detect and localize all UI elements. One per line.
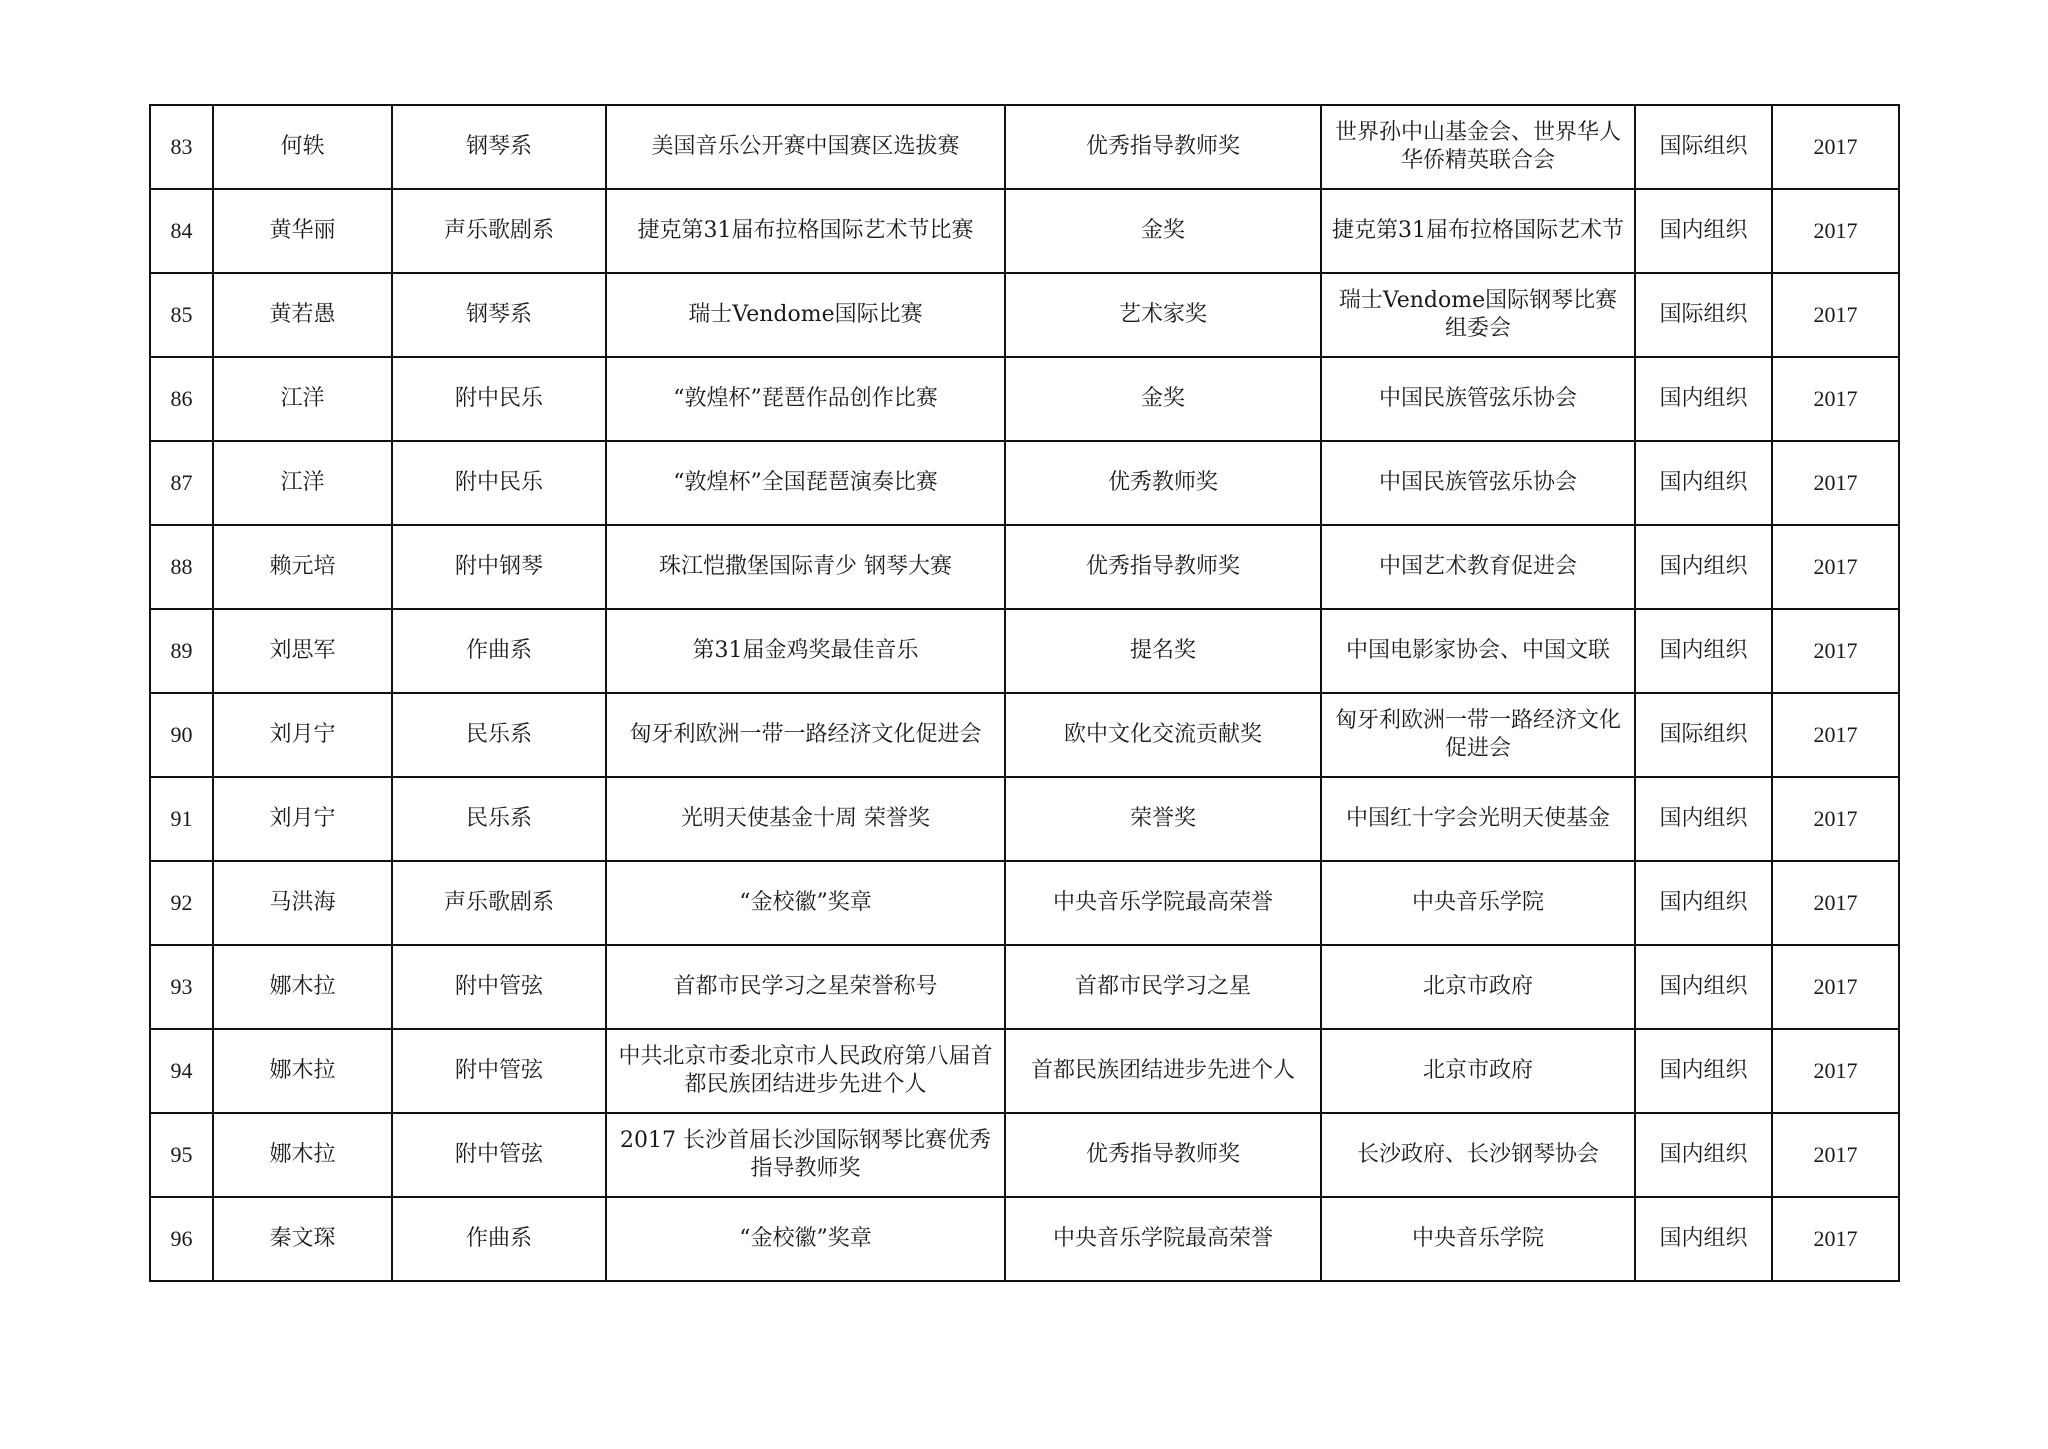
department-cell: 声乐歌剧系 xyxy=(392,861,606,945)
organization-type-cell: 国内组织 xyxy=(1635,357,1772,441)
table-row: 85黄若愚钢琴系瑞士Vendome国际比赛艺术家奖瑞士Vendome国际钢琴比赛… xyxy=(150,273,1899,357)
award-cell: 首都市民学习之星 xyxy=(1005,945,1321,1029)
organization-cell: 中国红十字会光明天使基金 xyxy=(1321,777,1635,861)
award-cell: 中央音乐学院最高荣誉 xyxy=(1005,861,1321,945)
name-cell: 娜木拉 xyxy=(213,1029,392,1113)
year-cell: 2017 xyxy=(1772,273,1899,357)
table-row: 90刘月宁民乐系匈牙利欧洲一带一路经济文化促进会欧中文化交流贡献奖匈牙利欧洲一带… xyxy=(150,693,1899,777)
organization-type-cell: 国内组织 xyxy=(1635,525,1772,609)
document-page: 83何轶钢琴系美国音乐公开赛中国赛区选拔赛优秀指导教师奖世界孙中山基金会、世界华… xyxy=(0,0,2048,1449)
award-cell: 优秀教师奖 xyxy=(1005,441,1321,525)
organization-type-cell: 国际组织 xyxy=(1635,105,1772,189)
organization-cell: 中国艺术教育促进会 xyxy=(1321,525,1635,609)
name-cell: 刘月宁 xyxy=(213,693,392,777)
name-cell: 刘思军 xyxy=(213,609,392,693)
year-cell: 2017 xyxy=(1772,441,1899,525)
organization-type-cell: 国内组织 xyxy=(1635,1113,1772,1197)
name-cell: 娜木拉 xyxy=(213,945,392,1029)
award-cell: 欧中文化交流贡献奖 xyxy=(1005,693,1321,777)
department-cell: 钢琴系 xyxy=(392,105,606,189)
row-number-cell: 88 xyxy=(150,525,213,609)
department-cell: 附中管弦 xyxy=(392,1113,606,1197)
department-cell: 附中民乐 xyxy=(392,357,606,441)
year-cell: 2017 xyxy=(1772,1113,1899,1197)
table-row: 96秦文琛作曲系“金校徽”奖章中央音乐学院最高荣誉中央音乐学院国内组织2017 xyxy=(150,1197,1899,1281)
name-cell: 秦文琛 xyxy=(213,1197,392,1281)
award-cell: 优秀指导教师奖 xyxy=(1005,1113,1321,1197)
award-cell: 中央音乐学院最高荣誉 xyxy=(1005,1197,1321,1281)
row-number-cell: 96 xyxy=(150,1197,213,1281)
event-cell: 珠江恺撒堡国际青少 钢琴大赛 xyxy=(606,525,1005,609)
year-cell: 2017 xyxy=(1772,105,1899,189)
table-row: 91刘月宁民乐系光明天使基金十周 荣誉奖荣誉奖中国红十字会光明天使基金国内组织2… xyxy=(150,777,1899,861)
year-cell: 2017 xyxy=(1772,189,1899,273)
name-cell: 赖元培 xyxy=(213,525,392,609)
organization-cell: 瑞士Vendome国际钢琴比赛组委会 xyxy=(1321,273,1635,357)
row-number-cell: 84 xyxy=(150,189,213,273)
table-row: 89刘思军作曲系第31届金鸡奖最佳音乐提名奖中国电影家协会、中国文联国内组织20… xyxy=(150,609,1899,693)
department-cell: 民乐系 xyxy=(392,777,606,861)
awards-table: 83何轶钢琴系美国音乐公开赛中国赛区选拔赛优秀指导教师奖世界孙中山基金会、世界华… xyxy=(149,104,1900,1282)
event-cell: “金校徽”奖章 xyxy=(606,1197,1005,1281)
name-cell: 娜木拉 xyxy=(213,1113,392,1197)
year-cell: 2017 xyxy=(1772,609,1899,693)
department-cell: 民乐系 xyxy=(392,693,606,777)
name-cell: 何轶 xyxy=(213,105,392,189)
award-cell: 荣誉奖 xyxy=(1005,777,1321,861)
event-cell: 2017 长沙首届长沙国际钢琴比赛优秀指导教师奖 xyxy=(606,1113,1005,1197)
award-cell: 提名奖 xyxy=(1005,609,1321,693)
row-number-cell: 95 xyxy=(150,1113,213,1197)
event-cell: “敦煌杯”全国琵琶演奏比赛 xyxy=(606,441,1005,525)
event-cell: 捷克第31届布拉格国际艺术节比赛 xyxy=(606,189,1005,273)
name-cell: 黄华丽 xyxy=(213,189,392,273)
department-cell: 作曲系 xyxy=(392,609,606,693)
department-cell: 声乐歌剧系 xyxy=(392,189,606,273)
name-cell: 刘月宁 xyxy=(213,777,392,861)
award-cell: 金奖 xyxy=(1005,189,1321,273)
event-cell: 光明天使基金十周 荣誉奖 xyxy=(606,777,1005,861)
table-row: 93娜木拉附中管弦首都市民学习之星荣誉称号首都市民学习之星北京市政府国内组织20… xyxy=(150,945,1899,1029)
award-cell: 优秀指导教师奖 xyxy=(1005,525,1321,609)
award-cell: 艺术家奖 xyxy=(1005,273,1321,357)
organization-cell: 中国电影家协会、中国文联 xyxy=(1321,609,1635,693)
department-cell: 附中管弦 xyxy=(392,945,606,1029)
table-row: 94娜木拉附中管弦中共北京市委北京市人民政府第八届首都民族团结进步先进个人首都民… xyxy=(150,1029,1899,1113)
event-cell: 中共北京市委北京市人民政府第八届首都民族团结进步先进个人 xyxy=(606,1029,1005,1113)
organization-type-cell: 国内组织 xyxy=(1635,609,1772,693)
row-number-cell: 86 xyxy=(150,357,213,441)
name-cell: 黄若愚 xyxy=(213,273,392,357)
table-row: 87江洋附中民乐“敦煌杯”全国琵琶演奏比赛优秀教师奖中国民族管弦乐协会国内组织2… xyxy=(150,441,1899,525)
organization-cell: 长沙政府、长沙钢琴协会 xyxy=(1321,1113,1635,1197)
year-cell: 2017 xyxy=(1772,1197,1899,1281)
organization-type-cell: 国际组织 xyxy=(1635,273,1772,357)
award-cell: 优秀指导教师奖 xyxy=(1005,105,1321,189)
year-cell: 2017 xyxy=(1772,1029,1899,1113)
table-row: 95娜木拉附中管弦2017 长沙首届长沙国际钢琴比赛优秀指导教师奖优秀指导教师奖… xyxy=(150,1113,1899,1197)
row-number-cell: 89 xyxy=(150,609,213,693)
event-cell: “金校徽”奖章 xyxy=(606,861,1005,945)
department-cell: 作曲系 xyxy=(392,1197,606,1281)
event-cell: 首都市民学习之星荣誉称号 xyxy=(606,945,1005,1029)
organization-type-cell: 国内组织 xyxy=(1635,777,1772,861)
name-cell: 江洋 xyxy=(213,357,392,441)
awards-table-body: 83何轶钢琴系美国音乐公开赛中国赛区选拔赛优秀指导教师奖世界孙中山基金会、世界华… xyxy=(150,105,1899,1281)
row-number-cell: 94 xyxy=(150,1029,213,1113)
row-number-cell: 91 xyxy=(150,777,213,861)
table-row: 86江洋附中民乐“敦煌杯”琵琶作品创作比赛金奖中国民族管弦乐协会国内组织2017 xyxy=(150,357,1899,441)
year-cell: 2017 xyxy=(1772,357,1899,441)
row-number-cell: 92 xyxy=(150,861,213,945)
award-cell: 首都民族团结进步先进个人 xyxy=(1005,1029,1321,1113)
event-cell: 第31届金鸡奖最佳音乐 xyxy=(606,609,1005,693)
organization-cell: 中央音乐学院 xyxy=(1321,861,1635,945)
event-cell: “敦煌杯”琵琶作品创作比赛 xyxy=(606,357,1005,441)
organization-cell: 匈牙利欧洲一带一路经济文化促进会 xyxy=(1321,693,1635,777)
organization-cell: 北京市政府 xyxy=(1321,945,1635,1029)
row-number-cell: 85 xyxy=(150,273,213,357)
year-cell: 2017 xyxy=(1772,945,1899,1029)
organization-type-cell: 国内组织 xyxy=(1635,1029,1772,1113)
organization-type-cell: 国内组织 xyxy=(1635,189,1772,273)
organization-type-cell: 国内组织 xyxy=(1635,945,1772,1029)
department-cell: 附中钢琴 xyxy=(392,525,606,609)
event-cell: 瑞士Vendome国际比赛 xyxy=(606,273,1005,357)
table-row: 88赖元培附中钢琴珠江恺撒堡国际青少 钢琴大赛优秀指导教师奖中国艺术教育促进会国… xyxy=(150,525,1899,609)
organization-cell: 中国民族管弦乐协会 xyxy=(1321,441,1635,525)
table-row: 83何轶钢琴系美国音乐公开赛中国赛区选拔赛优秀指导教师奖世界孙中山基金会、世界华… xyxy=(150,105,1899,189)
organization-cell: 中国民族管弦乐协会 xyxy=(1321,357,1635,441)
name-cell: 江洋 xyxy=(213,441,392,525)
organization-cell: 中央音乐学院 xyxy=(1321,1197,1635,1281)
year-cell: 2017 xyxy=(1772,777,1899,861)
organization-type-cell: 国内组织 xyxy=(1635,441,1772,525)
organization-cell: 世界孙中山基金会、世界华人华侨精英联合会 xyxy=(1321,105,1635,189)
organization-type-cell: 国际组织 xyxy=(1635,693,1772,777)
organization-type-cell: 国内组织 xyxy=(1635,1197,1772,1281)
row-number-cell: 90 xyxy=(150,693,213,777)
row-number-cell: 93 xyxy=(150,945,213,1029)
award-cell: 金奖 xyxy=(1005,357,1321,441)
table-row: 84黄华丽声乐歌剧系捷克第31届布拉格国际艺术节比赛金奖捷克第31届布拉格国际艺… xyxy=(150,189,1899,273)
row-number-cell: 83 xyxy=(150,105,213,189)
event-cell: 匈牙利欧洲一带一路经济文化促进会 xyxy=(606,693,1005,777)
organization-type-cell: 国内组织 xyxy=(1635,861,1772,945)
row-number-cell: 87 xyxy=(150,441,213,525)
department-cell: 附中管弦 xyxy=(392,1029,606,1113)
organization-cell: 北京市政府 xyxy=(1321,1029,1635,1113)
year-cell: 2017 xyxy=(1772,861,1899,945)
event-cell: 美国音乐公开赛中国赛区选拔赛 xyxy=(606,105,1005,189)
table-row: 92马洪海声乐歌剧系“金校徽”奖章中央音乐学院最高荣誉中央音乐学院国内组织201… xyxy=(150,861,1899,945)
organization-cell: 捷克第31届布拉格国际艺术节 xyxy=(1321,189,1635,273)
year-cell: 2017 xyxy=(1772,693,1899,777)
department-cell: 钢琴系 xyxy=(392,273,606,357)
year-cell: 2017 xyxy=(1772,525,1899,609)
department-cell: 附中民乐 xyxy=(392,441,606,525)
name-cell: 马洪海 xyxy=(213,861,392,945)
